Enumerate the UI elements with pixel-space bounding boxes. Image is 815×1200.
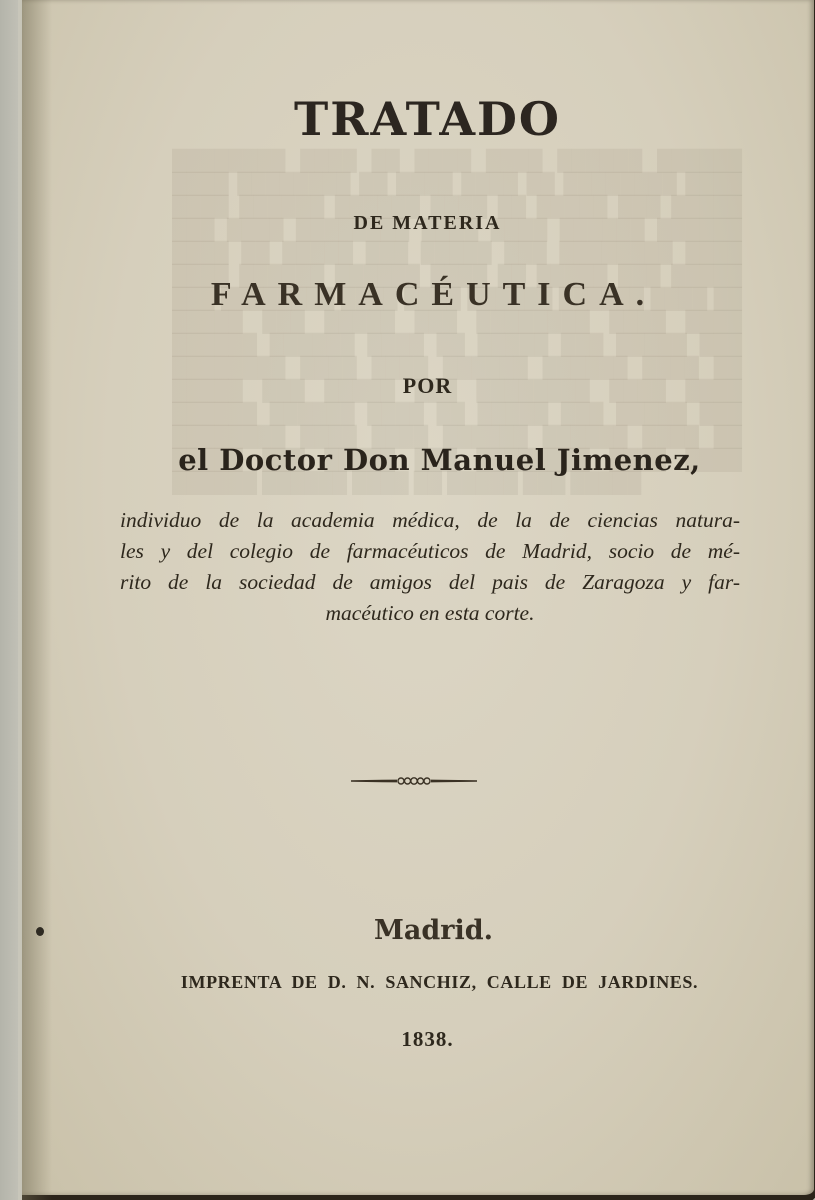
- book-subject: FARMACÉUTICA.: [26, 276, 815, 314]
- gutter-shadow: [22, 0, 52, 1200]
- credentials-line: rito de la sociedad de amigos del pais d…: [120, 567, 740, 598]
- author-credentials: individuo de la academia médica, de la d…: [120, 505, 740, 629]
- publication-place: Madrid.: [26, 915, 815, 946]
- author-name: el Doctor Don Manuel Jimenez,: [32, 443, 815, 477]
- credentials-line: macéutico en esta corte.: [120, 598, 740, 629]
- printer-imprint: IMPRENTA DE D. N. SANCHIZ, CALLE DE JARD…: [32, 972, 815, 993]
- ornament-rule-icon: [349, 776, 479, 786]
- credentials-line: les y del colegio de farmacéuticos de Ma…: [120, 536, 740, 567]
- publication-year: 1838.: [20, 1027, 815, 1052]
- credentials-line: individuo de la academia médica, de la d…: [120, 505, 740, 536]
- book-subtitle: DE MATERIA: [20, 212, 815, 235]
- by-line: POR: [20, 373, 815, 399]
- photo-scene: ████████ ████ ██ ████ ████ ██████ ██████…: [0, 0, 815, 1200]
- book-title: TRATADO: [20, 92, 815, 146]
